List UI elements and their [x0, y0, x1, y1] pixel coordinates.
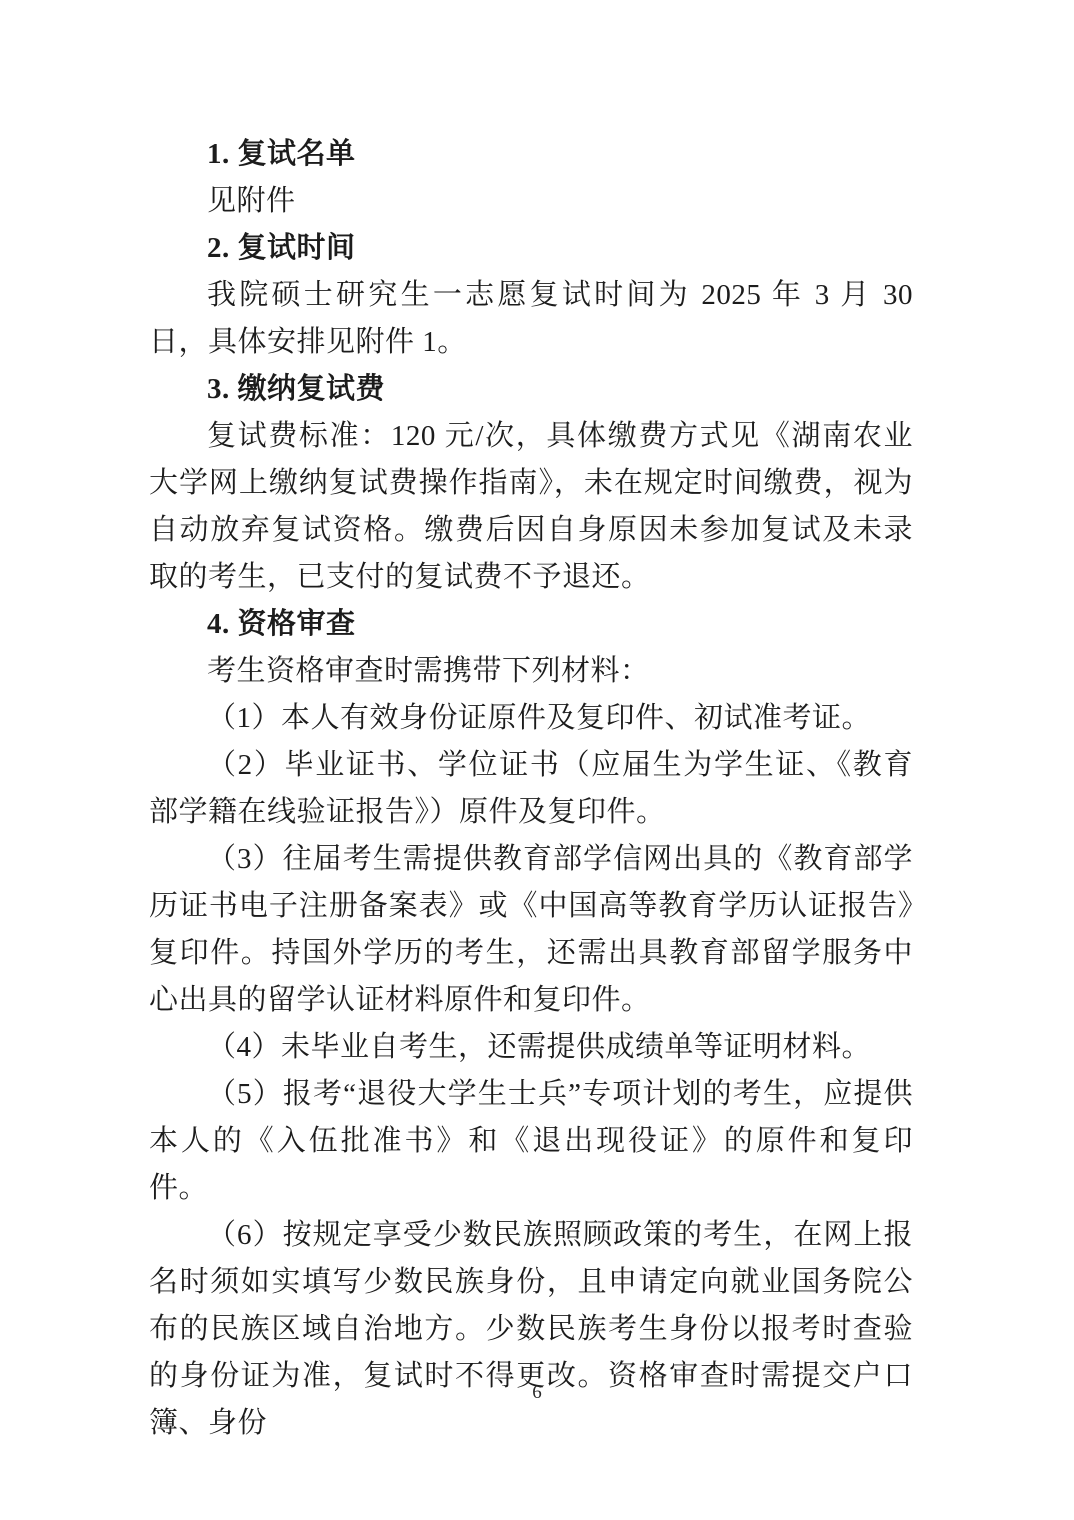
document-body: 1. 复试名单 见附件 2. 复试时间 我院硕士研究生一志愿复试时间为 2025…	[149, 131, 913, 1447]
para-see-attachment: 见附件	[149, 178, 913, 225]
page-number: 6	[0, 1381, 1074, 1405]
para-item-1-id-card: （1）本人有效身份证原件及复印件、初试准考证。	[149, 695, 913, 742]
para-retest-time: 我院硕士研究生一志愿复试时间为 2025 年 3 月 30 日，具体安排见附件 …	[149, 272, 913, 366]
para-retest-fee: 复试费标准：120 元/次，具体缴费方式见《湖南农业大学网上缴纳复试费操作指南》…	[149, 413, 913, 601]
heading-pay-retest-fee: 3. 缴纳复试费	[149, 366, 913, 413]
heading-retest-time: 2. 复试时间	[149, 225, 913, 272]
para-item-6-ethnic-minority: （6）按规定享受少数民族照顾政策的考生，在网上报名时须如实填写少数民族身份，且申…	[149, 1212, 913, 1447]
para-item-5-veteran-plan: （5）报考“退役大学生士兵”专项计划的考生，应提供本人的《入伍批准书》和《退出现…	[149, 1071, 913, 1212]
para-item-3-former-graduates: （3）往届考生需提供教育部学信网出具的《教育部学历证书电子注册备案表》或《中国高…	[149, 836, 913, 1024]
heading-qualification-review: 4. 资格审查	[149, 601, 913, 648]
para-item-4-self-study: （4）未毕业自考生，还需提供成绩单等证明材料。	[149, 1024, 913, 1071]
document-page: 1. 复试名单 见附件 2. 复试时间 我院硕士研究生一志愿复试时间为 2025…	[0, 0, 1074, 1520]
para-item-2-diplomas: （2）毕业证书、学位证书（应届生为学生证、《教育部学籍在线验证报告》）原件及复印…	[149, 742, 913, 836]
heading-retest-list: 1. 复试名单	[149, 131, 913, 178]
para-materials-intro: 考生资格审查时需携带下列材料：	[149, 648, 913, 695]
